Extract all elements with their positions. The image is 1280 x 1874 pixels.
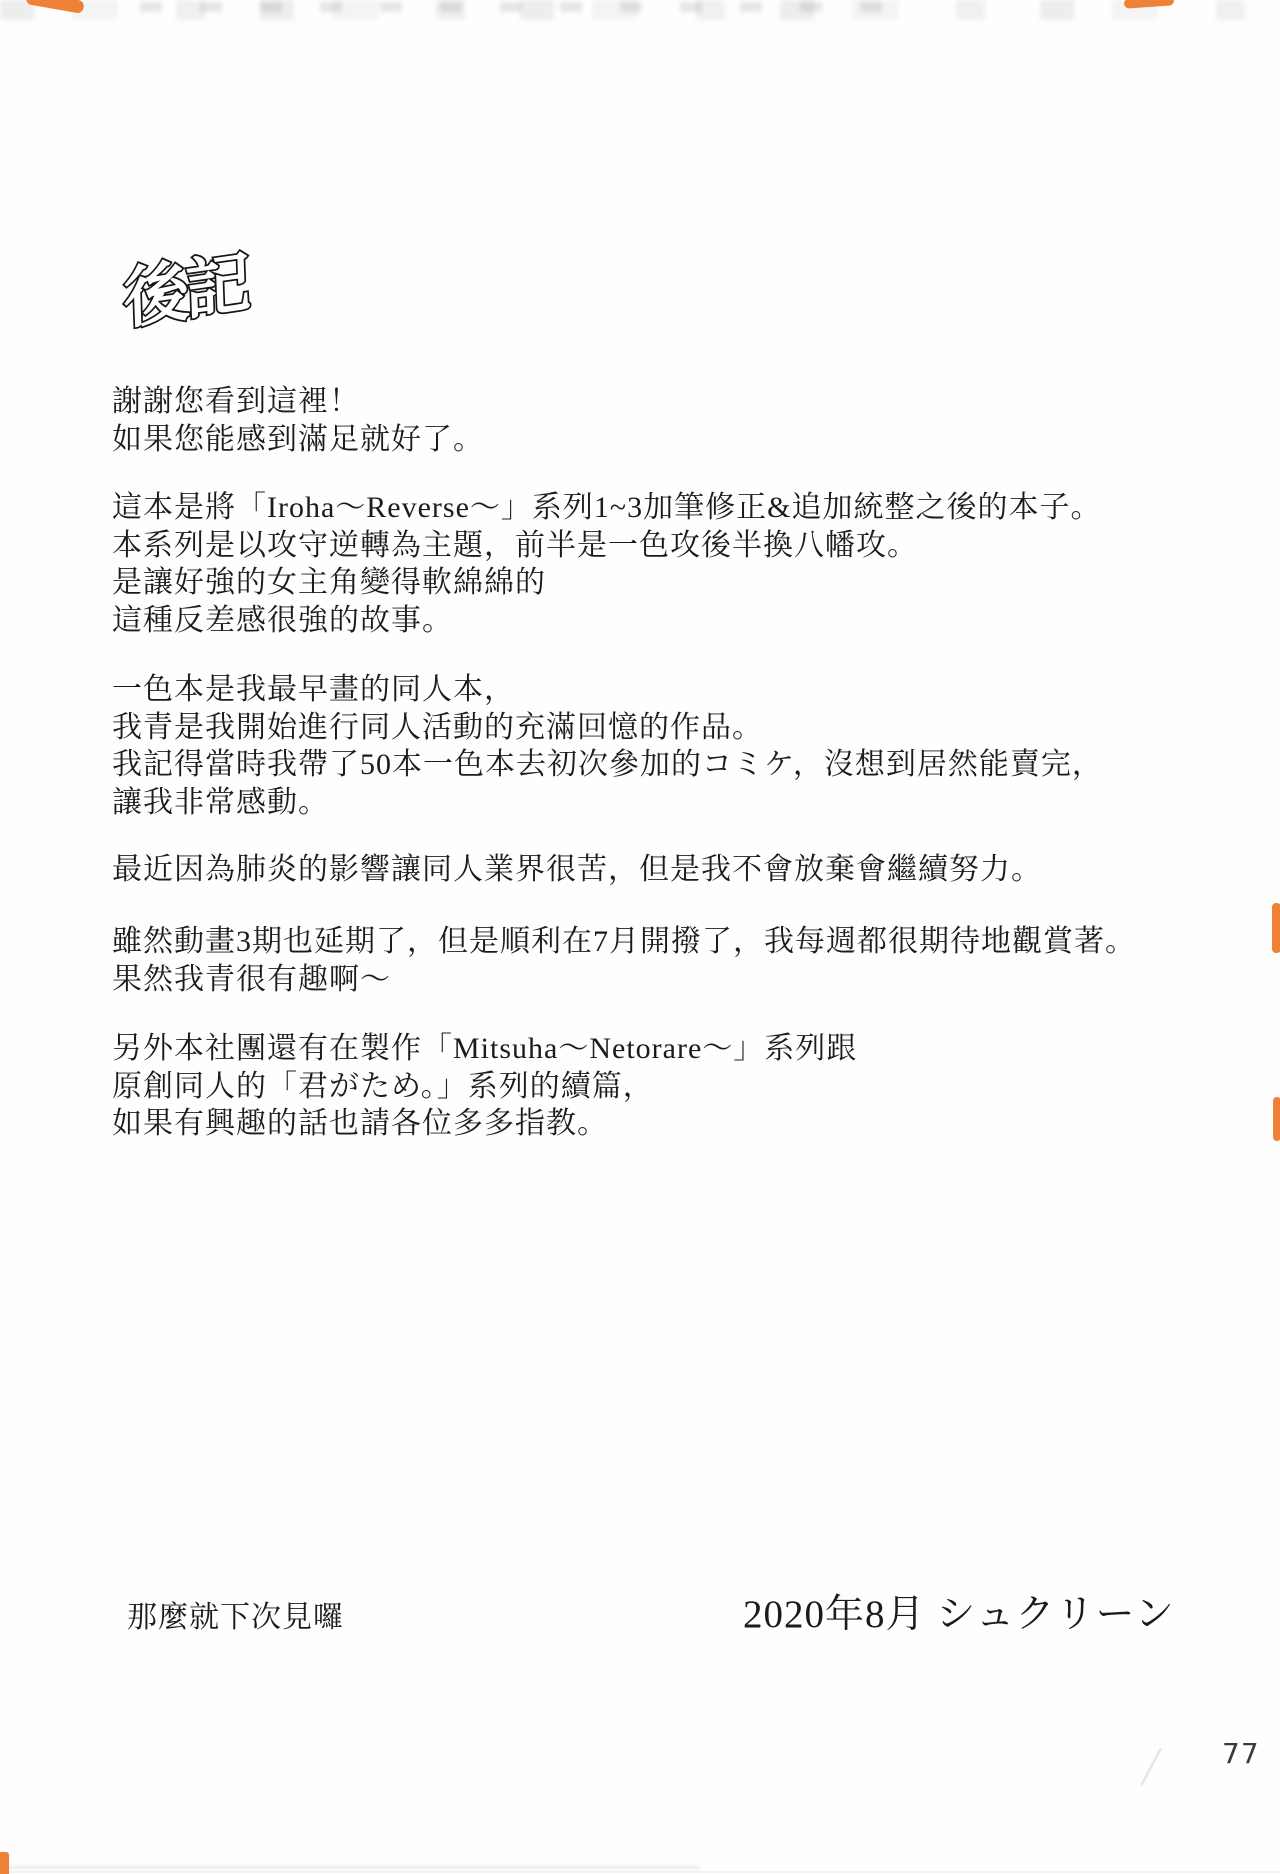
edge-mark-right-lower <box>1273 1097 1280 1141</box>
text-line: 我青是我開始進行同人活動的充滿回憶的作品。 <box>112 709 1103 747</box>
scan-noise-bottom <box>0 1866 700 1869</box>
text-line: 另外本社團還有在製作「Mitsuha～Netorare～」系列跟 <box>112 1030 857 1068</box>
page-number: 77 <box>1222 1737 1260 1770</box>
paragraph-first-doujin: 一色本是我最早畫的同人本， 我青是我開始進行同人活動的充滿回憶的作品。 我記得當… <box>112 671 1103 821</box>
text-line: 讓我非常感動。 <box>112 784 1103 822</box>
text-line: 果然我青很有趣啊～ <box>112 961 1136 999</box>
text-line: 是讓好強的女主角變得軟綿綿的 <box>112 564 1101 602</box>
paragraph-pandemic: 最近因為肺炎的影響讓同人業界很苦，但是我不會放棄會繼續努力。 <box>112 851 1042 889</box>
scan-noise-top-smudge <box>140 2 900 12</box>
text-line: 本系列是以攻守逆轉為主題，前半是一色攻後半換八幡攻。 <box>112 527 1101 565</box>
text-line: 這本是將「Iroha～Reverse～」系列1~3加筆修正&追加統整之後的本子。 <box>112 489 1101 527</box>
paragraph-series-intro: 這本是將「Iroha～Reverse～」系列1~3加筆修正&追加統整之後的本子。… <box>112 489 1101 639</box>
paragraph-anime-season: 雖然動畫3期也延期了，但是順利在7月開撥了，我每週都很期待地觀賞著。 果然我青很… <box>112 923 1136 998</box>
text-line: 如果有興趣的話也請各位多多指教。 <box>112 1105 857 1143</box>
text-line: 我記得當時我帶了50本一色本去初次參加的コミケ，沒想到居然能賣完， <box>112 746 1103 784</box>
text-line: 如果您能感到滿足就好了。 <box>112 421 484 459</box>
text-line: 一色本是我最早畫的同人本， <box>112 671 1103 709</box>
text-line: 雖然動畫3期也延期了，但是順利在7月開撥了，我每週都很期待地觀賞著。 <box>112 923 1136 961</box>
page-title: 後記 <box>122 229 248 342</box>
edge-mark-right-mid <box>1272 903 1280 953</box>
paragraph-other-works: 另外本社團還有在製作「Mitsuha～Netorare～」系列跟 原創同人的「君… <box>112 1030 857 1143</box>
paragraph-thanks: 謝謝您看到這裡！ 如果您能感到滿足就好了。 <box>112 383 484 458</box>
text-line: 謝謝您看到這裡！ <box>112 383 484 421</box>
signoff-date-author: 2020年8月 シュクリーン <box>743 1583 1175 1639</box>
afterword-page: 後記 謝謝您看到這裡！ 如果您能感到滿足就好了。 這本是將「Iroha～Reve… <box>0 0 1280 1874</box>
scan-noise-bottom-hairline <box>0 1871 1280 1873</box>
scan-scratch-mark <box>1140 1748 1161 1786</box>
text-line: 最近因為肺炎的影響讓同人業界很苦，但是我不會放棄會繼續努力。 <box>112 851 1042 889</box>
text-line: 這種反差感很強的故事。 <box>112 602 1101 640</box>
signoff-farewell: 那麼就下次見囉 <box>127 1592 344 1636</box>
edge-mark-bottom-left <box>0 1852 9 1874</box>
text-line: 原創同人的「君がため。」系列的續篇， <box>112 1068 857 1106</box>
